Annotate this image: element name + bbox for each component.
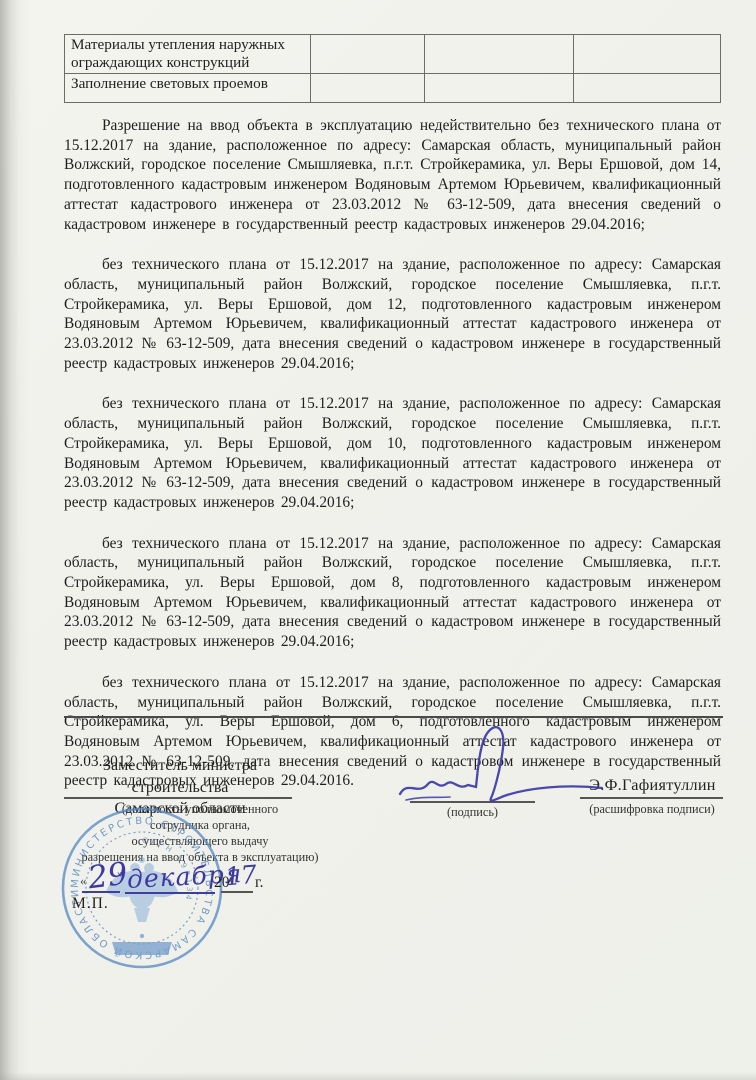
date-close-quote: » [117, 866, 123, 881]
scan-edge-shadow [0, 0, 30, 1080]
specifications-table: Материалы утепления наружных ограждающих… [64, 34, 721, 103]
document-page: Материалы утепления наружных ограждающих… [0, 0, 756, 1080]
handwritten-signature [392, 718, 617, 813]
table-cell-empty [425, 35, 574, 74]
scan-bottom-shadow [0, 1072, 756, 1080]
position-line-1: Заместитель министра строительства [64, 755, 296, 798]
table-row: Материалы утепления наружных ограждающих… [65, 35, 721, 74]
paragraph-building-14: Разрешение на ввод объекта в эксплуатаци… [64, 116, 721, 234]
place-of-seal-mark: М.П. [72, 895, 109, 913]
seal-banner [112, 942, 172, 955]
date-era-label: г. [255, 874, 263, 892]
paragraph-building-10: без технического плана от 15.12.2017 на … [64, 394, 721, 512]
paragraph-building-12: без технического плана от 15.12.2017 на … [64, 255, 721, 373]
table-cell-empty [311, 74, 425, 103]
table-cell-label: Заполнение световых проемов [65, 74, 311, 103]
paragraph-building-8: без технического плана от 15.12.2017 на … [64, 534, 721, 652]
table-cell-empty [425, 74, 574, 103]
body-text: Разрешение на ввод объекта в эксплуатаци… [64, 116, 721, 812]
table-cell-label: Материалы утепления наружных ограждающих… [65, 35, 311, 74]
table-row: Заполнение световых проемов [65, 74, 721, 103]
table-cell-empty [574, 74, 721, 103]
date-open-quote: « [80, 873, 87, 889]
table-cell-empty [574, 35, 721, 74]
table-cell-empty [311, 35, 425, 74]
date-year-handwritten: 17 [224, 860, 258, 892]
